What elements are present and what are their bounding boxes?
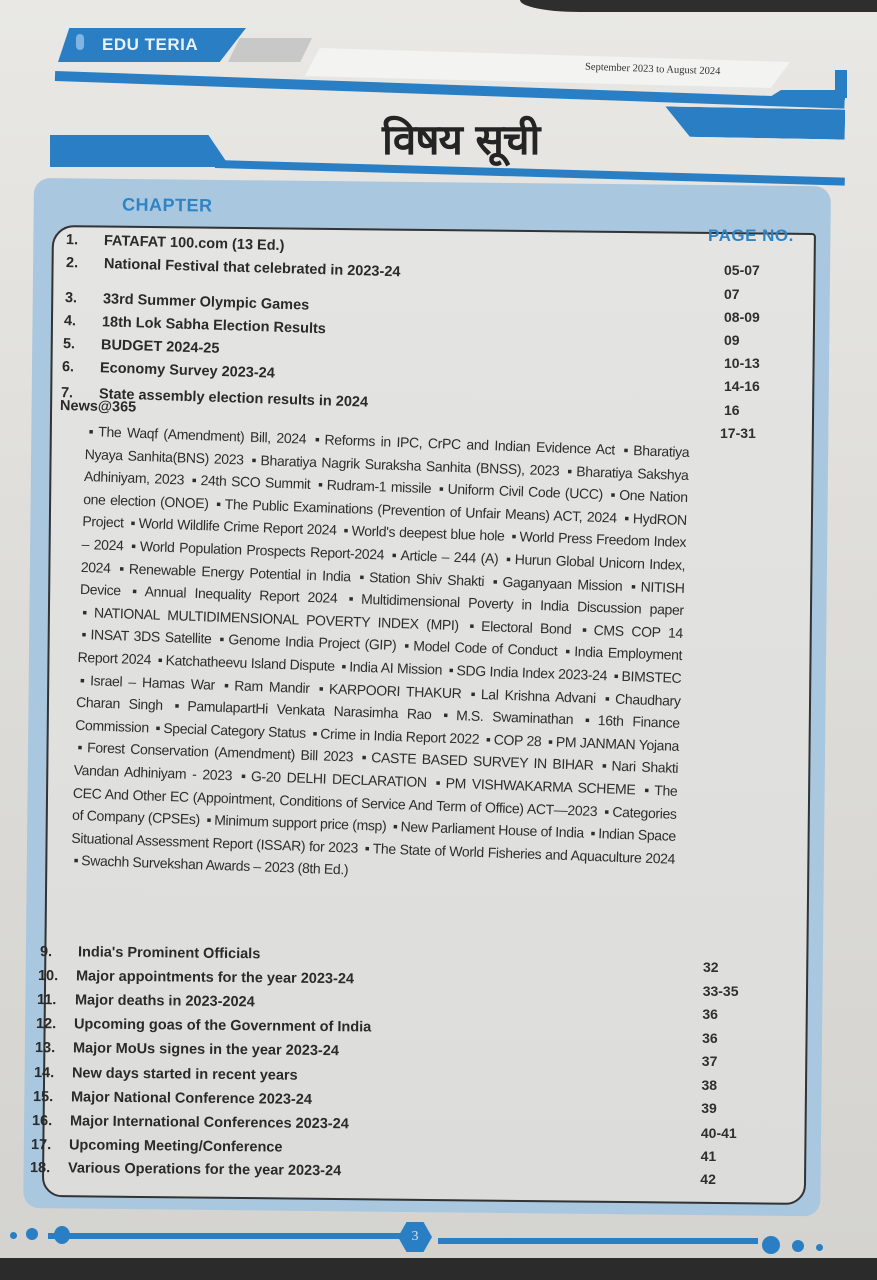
- bullet-icon: ▪: [206, 812, 211, 828]
- bullet-icon: ▪: [192, 472, 198, 488]
- news-topic: INSAT 3DS Satellite: [90, 627, 211, 647]
- bullet-icon: ▪: [610, 487, 616, 503]
- bullet-icon: ▪: [582, 621, 591, 637]
- page-edge-shadow: [520, 0, 877, 12]
- bullet-icon: ▪: [644, 782, 652, 798]
- bullet-icon: ▪: [443, 707, 453, 723]
- page-title: विषय सूची: [382, 110, 539, 167]
- toc-entry-title: Major International Conferences 2023-24: [70, 1113, 349, 1132]
- toc-entry-number: 3.: [65, 290, 103, 307]
- toc-entry-number: 4.: [64, 313, 102, 330]
- toc-entry-number: 16.: [32, 1113, 70, 1129]
- toc-entry-title: Major deaths in 2023-2024: [75, 992, 255, 1010]
- bullet-icon: ▪: [81, 626, 88, 642]
- news-topic: Bharatiya Nagrik Suraksha Sanhita (BNSS)…: [260, 452, 559, 478]
- toc-page-number: 37: [702, 1053, 718, 1069]
- news-topic: BIMSTEC: [621, 668, 681, 686]
- toc-page-number: 39: [701, 1100, 717, 1116]
- toc-entry: 10.Major appointments for the year 2023-…: [38, 968, 354, 987]
- toc-entry: 9.India's Prominent Officials: [40, 944, 260, 962]
- news-topic: World's deepest blue hole: [351, 523, 504, 544]
- header-stripe-accent: [765, 90, 845, 100]
- toc-entry-number: 2.: [66, 255, 104, 272]
- bullet-icon: ▪: [548, 733, 553, 749]
- brand-banner: EDU TERIA: [58, 28, 246, 62]
- bullet-icon: ▪: [132, 583, 142, 599]
- bullet-icon: ▪: [82, 604, 91, 620]
- toc-entry: 16.Major International Conferences 2023-…: [32, 1113, 349, 1132]
- bullet-icon: ▪: [158, 652, 163, 668]
- bullet-icon: ▪: [348, 590, 358, 606]
- news-topic: Station Shiv Shakti: [369, 569, 485, 589]
- footer-dot-icon: [54, 1226, 70, 1244]
- toc-entry-number: 6.: [62, 359, 100, 376]
- bullet-icon: ▪: [470, 685, 478, 701]
- news-topic: Israel – Hamas War: [90, 672, 215, 692]
- news-topic: Multidimensional Poverty in India Discus…: [361, 591, 684, 618]
- toc-entry-number: 13.: [35, 1040, 73, 1056]
- bullet-icon: ▪: [343, 522, 349, 538]
- footer-dot-icon: [816, 1244, 823, 1251]
- microphone-icon: [76, 34, 84, 50]
- news-topic: Uniform Civil Code (UCC): [447, 481, 603, 502]
- bullet-icon: ▪: [219, 631, 226, 647]
- header-grey-tab: [228, 38, 312, 62]
- toc-page-number: 33-35: [703, 983, 739, 999]
- news-topic: Minimum support price (msp): [214, 812, 387, 834]
- bullet-icon: ▪: [359, 568, 366, 584]
- toc-entry-number: 10.: [38, 968, 76, 984]
- news-topic: COP 28: [493, 731, 541, 749]
- news-topic: PM JANMAN Yojana: [556, 733, 680, 753]
- bullet-icon: ▪: [493, 573, 500, 589]
- toc-entry-title: India's Prominent Officials: [78, 944, 260, 962]
- toc-entry-title: News@365: [60, 398, 137, 416]
- footer-dot-icon: [762, 1236, 780, 1254]
- toc-entry: 15.Major National Conference 2023-24: [33, 1089, 312, 1108]
- page-column-header: PAGE NO.: [708, 226, 794, 246]
- news-topic: The State of World Fisheries and Aquacul…: [373, 840, 676, 867]
- news-topic: Crime in India Report 2022: [320, 725, 479, 747]
- toc-page-number: 05-07: [724, 262, 760, 278]
- toc-entry: News@365: [60, 398, 137, 416]
- bullet-icon: ▪: [155, 719, 160, 735]
- news-topic: Gaganyaan Mission: [502, 573, 622, 593]
- brand-name: EDU TERIA: [102, 35, 198, 55]
- bullet-icon: ▪: [614, 668, 619, 684]
- news-topic: Electoral Bond: [481, 618, 572, 637]
- news-topic: Genome India Project (GIP): [228, 631, 396, 653]
- bullet-icon: ▪: [365, 840, 371, 856]
- bullet-icon: ▪: [435, 774, 443, 790]
- bullet-icon: ▪: [469, 617, 478, 633]
- bullet-icon: ▪: [216, 495, 222, 511]
- footer-dot-icon: [26, 1228, 38, 1240]
- news-topic: Annual Inequality Report 2024: [144, 583, 337, 606]
- toc-page-number: 32: [703, 959, 719, 975]
- news-topic: India AI Mission: [349, 658, 442, 677]
- footer-dot-icon: [10, 1232, 17, 1239]
- footer-dot-icon: [792, 1240, 804, 1252]
- toc-entry-number: 12.: [36, 1016, 74, 1032]
- news-topic: CASTE BASED SURVEY IN BIHAR: [371, 749, 594, 773]
- bullet-icon: ▪: [361, 749, 368, 765]
- bullet-icon: ▪: [393, 818, 398, 834]
- toc-entry: 13.Major MoUs signes in the year 2023-24: [35, 1040, 339, 1059]
- bullet-icon: ▪: [585, 712, 595, 728]
- news-topic: 24th SCO Summit: [200, 472, 310, 492]
- bullet-icon: ▪: [392, 547, 398, 563]
- news-topic: SDG India Index 2023-24: [456, 662, 607, 683]
- toc-entry-number: 9.: [40, 944, 78, 960]
- toc-entry-title: Major National Conference 2023-24: [71, 1089, 312, 1108]
- bullet-icon: ▪: [131, 538, 137, 554]
- bullet-icon: ▪: [624, 510, 630, 526]
- toc-entry-title: Major appointments for the year 2023-24: [76, 968, 354, 987]
- news-topic: PamulapartHi Venkata Narasimha Rao: [187, 698, 432, 723]
- bullet-icon: ▪: [604, 803, 610, 819]
- title-band-left: [50, 135, 230, 167]
- bullet-icon: ▪: [631, 578, 638, 594]
- bullet-icon: ▪: [318, 476, 324, 492]
- title-band-right: [665, 106, 845, 139]
- bullet-icon: ▪: [315, 431, 322, 447]
- news-topic: Rudram-1 missile: [327, 477, 432, 497]
- toc-entry: 14.New days started in recent years: [34, 1065, 298, 1084]
- news-topic: CMS COP 14: [593, 622, 683, 641]
- bullet-icon: ▪: [319, 680, 327, 696]
- news-topic: KARPOORI THAKUR: [329, 680, 462, 701]
- bullet-icon: ▪: [251, 451, 258, 467]
- toc-entry-number: 18.: [30, 1160, 68, 1176]
- bullet-icon: ▪: [506, 551, 512, 567]
- toc-entry-title: Major MoUs signes in the year 2023-24: [73, 1040, 339, 1059]
- toc-page-number: 10-13: [724, 355, 760, 371]
- bullet-icon: ▪: [623, 442, 630, 458]
- footer-line-left: [48, 1233, 406, 1239]
- toc-page-number: 16: [724, 402, 740, 418]
- page-number-badge: 3: [398, 1222, 432, 1252]
- bullet-icon: ▪: [590, 825, 595, 841]
- footer-line-right: [438, 1238, 758, 1244]
- toc-page-number: 08-09: [724, 309, 760, 325]
- toc-entry-number: 11.: [37, 992, 75, 1008]
- news-topic: New Parliament House of India: [400, 818, 584, 840]
- news-topic: PM VISHWAKARMA SCHEME: [445, 775, 635, 798]
- bullet-icon: ▪: [511, 528, 517, 544]
- toc-entry-title: Upcoming goas of the Government of India: [74, 1016, 371, 1035]
- news-topic: Katchatheevu Island Dispute: [165, 652, 335, 674]
- bullet-icon: ▪: [241, 768, 249, 784]
- toc-entry-number: 5.: [63, 336, 101, 353]
- toc-page-number: 40-41: [701, 1125, 737, 1141]
- book-page: September 2023 to August 2024 EDU TERIA …: [0, 0, 877, 1262]
- toc-page-number: 07: [724, 286, 740, 302]
- bullet-icon: ▪: [605, 690, 613, 706]
- bullet-icon: ▪: [486, 731, 491, 747]
- bullet-icon: ▪: [73, 852, 78, 868]
- bullet-icon: ▪: [77, 739, 84, 755]
- bullet-icon: ▪: [341, 658, 346, 674]
- bullet-icon: ▪: [404, 638, 411, 654]
- news-topic: Renewable Energy Potential in India: [129, 560, 351, 584]
- toc-entry-number: 1.: [66, 232, 104, 249]
- toc-page-number: 14-16: [724, 378, 760, 394]
- toc-page-number: 09: [724, 332, 740, 348]
- toc-page-number: 38: [702, 1077, 718, 1093]
- news-topic: Special Category Status: [163, 720, 306, 741]
- news-topic: The Waqf (Amendment) Bill, 2024: [98, 423, 306, 446]
- bullet-icon: ▪: [312, 725, 317, 741]
- bullet-icon: ▪: [224, 677, 232, 693]
- bullet-icon: ▪: [119, 560, 126, 576]
- bullet-icon: ▪: [130, 515, 136, 531]
- news-topic: Ram Mandir: [234, 677, 310, 696]
- news-topic: G-20 DELHI DECLARATION: [251, 768, 427, 790]
- news-topic: Forest Conservation (Amendment) Bill 202…: [87, 740, 353, 765]
- toc-entry-title: New days started in recent years: [72, 1065, 298, 1083]
- toc-entry-title: Upcoming Meeting/Conference: [69, 1137, 283, 1155]
- toc-page-number: 36: [702, 1030, 718, 1046]
- toc-entry: 18.Various Operations for the year 2023-…: [30, 1160, 341, 1179]
- toc-page-number: 17-31: [720, 425, 756, 441]
- toc-entry-number: 15.: [33, 1089, 71, 1105]
- news-topics-paragraph: ▪The Waqf (Amendment) Bill, 2024 ▪Reform…: [70, 420, 689, 893]
- news-topic: World Wildlife Crime Report 2024: [138, 515, 337, 538]
- bullet-icon: ▪: [80, 671, 88, 687]
- toc-entry-number: 17.: [31, 1137, 69, 1153]
- news-topic: World Population Prospects Report-2024: [140, 538, 385, 563]
- toc-page-number: 41: [701, 1148, 717, 1164]
- toc-page-number: 42: [700, 1171, 716, 1187]
- bullet-icon: ▪: [449, 662, 454, 678]
- bullet-icon: ▪: [567, 462, 574, 478]
- toc-entry: 17.Upcoming Meeting/Conference: [31, 1137, 283, 1156]
- toc-entry-title: Various Operations for the year 2023-24: [68, 1160, 341, 1179]
- news-topic: M.S. Swaminathan: [456, 707, 574, 727]
- bullet-icon: ▪: [602, 758, 609, 774]
- news-topic: Lal Krishna Advani: [481, 685, 596, 705]
- toc-page-number: 36: [702, 1006, 718, 1022]
- bullet-icon: ▪: [88, 423, 95, 439]
- chapter-column-header: CHAPTER: [122, 195, 213, 217]
- toc-entry: 11.Major deaths in 2023-2024: [37, 992, 255, 1010]
- bullet-icon: ▪: [565, 643, 572, 659]
- bullet-icon: ▪: [174, 697, 184, 713]
- bullet-icon: ▪: [439, 481, 445, 497]
- news-topic: Article – 244 (A): [400, 547, 498, 566]
- news-topic: Model Code of Conduct: [413, 638, 558, 659]
- table-surface: [0, 1258, 877, 1280]
- toc-entry-number: 14.: [34, 1065, 72, 1081]
